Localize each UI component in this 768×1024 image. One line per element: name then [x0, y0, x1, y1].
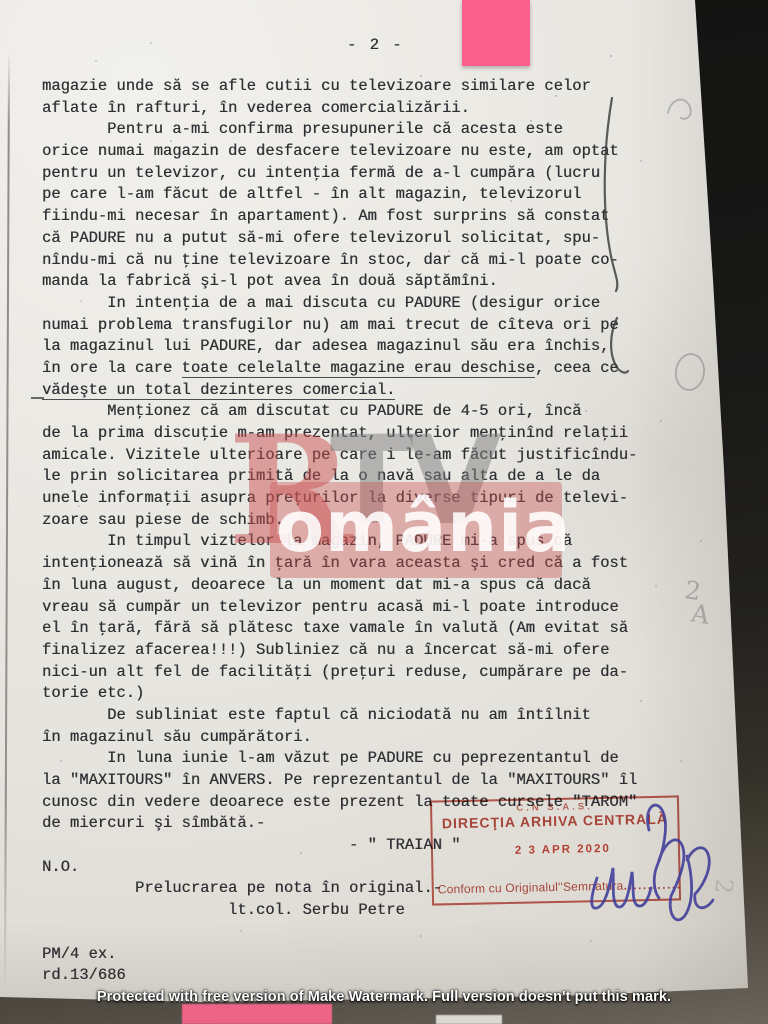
typed-line: orice numai magazin de desfacere televiz…	[42, 141, 642, 163]
paper-speck	[448, 250, 450, 252]
paper-speck	[640, 160, 642, 162]
typed-line: pentru un televizor, cu intenţia fermă d…	[42, 163, 642, 185]
typed-line: le prin solicitarea primită de la o navă…	[42, 466, 642, 488]
typed-line: intenţionează să vină în ţară în vara ac…	[42, 553, 642, 575]
typed-line: la "MAXITOURS" în ANVERS. Pe reprezentan…	[42, 770, 642, 792]
typed-line: în ore la care toate celelalte magazine …	[42, 358, 642, 380]
pencil-note-a: A	[690, 602, 711, 627]
paper-speck	[420, 75, 422, 77]
typed-line: PM/4 ex.	[42, 944, 642, 966]
typed-line: el în ţară, fără să plătesc taxe vamale …	[42, 618, 642, 640]
typed-line: de la prima discuţie m-am prezentat, ult…	[42, 423, 642, 445]
typed-line: torie etc.)	[42, 683, 642, 705]
typed-line: zoare sau piese de schimb.	[42, 510, 642, 532]
underlined-phrase: vădeşte un total dezinteres comercial.	[42, 381, 395, 401]
typed-line: numai problema transfugilor nu) am mai t…	[42, 315, 642, 337]
paper-speck	[660, 420, 662, 422]
typed-line: finalizez afacerea!!!) Subliniez că nu a…	[42, 640, 642, 662]
paper-speck	[555, 95, 557, 97]
typed-line: în magazinul său cumpărători.	[42, 727, 642, 749]
typed-line: în luna august, deoarece la un moment da…	[42, 575, 642, 597]
underlined-phrase: toate celelalte magazine erau deschise	[182, 359, 535, 379]
typed-line: manda la fabrică şi-l pot avea în două s…	[42, 271, 642, 293]
paper-speck	[60, 760, 62, 762]
typed-line: că PADURE nu a putut să-mi ofere televiz…	[42, 228, 642, 250]
typed-line	[42, 922, 642, 944]
typed-line: la magazinul lui PADURE, dar adesea maga…	[42, 336, 642, 358]
typed-line: Menţionez că am discutat cu PADURE de 4-…	[42, 401, 642, 423]
typed-line: In timpul viztelor la magazin, PADURE mi…	[42, 531, 642, 553]
paper-speck	[420, 935, 422, 937]
paper-speck	[640, 700, 642, 702]
signature-ink	[583, 796, 733, 946]
typed-line: vreau să cumpăr un televizor pentru acas…	[42, 597, 642, 619]
paper-speck	[80, 300, 82, 302]
typed-line: De subliniat este faptul că niciodată nu…	[42, 705, 642, 727]
typed-line: amicale. Vizitele ulterioare pe care i l…	[42, 445, 642, 467]
typed-line: Pentru a-mi confirma presupunerile că ac…	[42, 119, 642, 141]
typed-line: In luna iunie l-am văzut pe PADURE cu pe…	[42, 748, 642, 770]
typed-line: vădeşte un total dezinteres comercial.	[42, 380, 642, 402]
page-number: - 2 -	[347, 36, 404, 54]
typed-line: pe care l-am făcut de altfel - în alt ma…	[42, 184, 642, 206]
paper-speck	[150, 42, 152, 44]
paper-speck	[680, 760, 682, 762]
typed-line: unele informaţii asupra preţurilor la di…	[42, 488, 642, 510]
typed-line: lt.col. Serbu Petre	[42, 900, 642, 922]
typed-line: aflate în rafturi, în vederea comerciali…	[42, 98, 642, 120]
typed-line: In intenţia de a mai discuta cu PADURE (…	[42, 293, 642, 315]
typed-line: nici-un alt fel de facilităţi (preţuri r…	[42, 662, 642, 684]
paper-speck	[610, 55, 612, 57]
paper-speck	[585, 410, 587, 412]
typed-line: fiindu-mi necesar în apartament). Am fos…	[42, 206, 642, 228]
pink-sticky-tab-top	[462, 0, 530, 66]
photo-of-document: { "document": { "page_number": "- 2 -", …	[0, 0, 768, 1024]
paper-speck	[700, 540, 702, 542]
underline-stroke-extension	[31, 397, 44, 399]
paper-speck	[95, 60, 97, 62]
paper-speck	[530, 120, 532, 122]
paper-speck	[78, 505, 80, 507]
typed-line: nîndu-mi că nu ţine televizoare în stoc,…	[42, 250, 642, 272]
typed-line: rd.13/686	[42, 965, 642, 987]
paper-speck	[240, 930, 242, 932]
white-object-on-desk	[436, 1015, 502, 1024]
paper-speck	[655, 585, 657, 587]
paper-speck	[120, 690, 122, 692]
make-watermark-caption: Protected with free version of Make Wate…	[0, 989, 768, 1005]
typed-line: magazie unde să se afle cutii cu televiz…	[42, 76, 642, 98]
paper-speck	[170, 140, 172, 142]
paper-speck	[300, 852, 302, 854]
paper-speck	[510, 200, 512, 202]
pink-sticky-note-bottom	[182, 1004, 332, 1024]
